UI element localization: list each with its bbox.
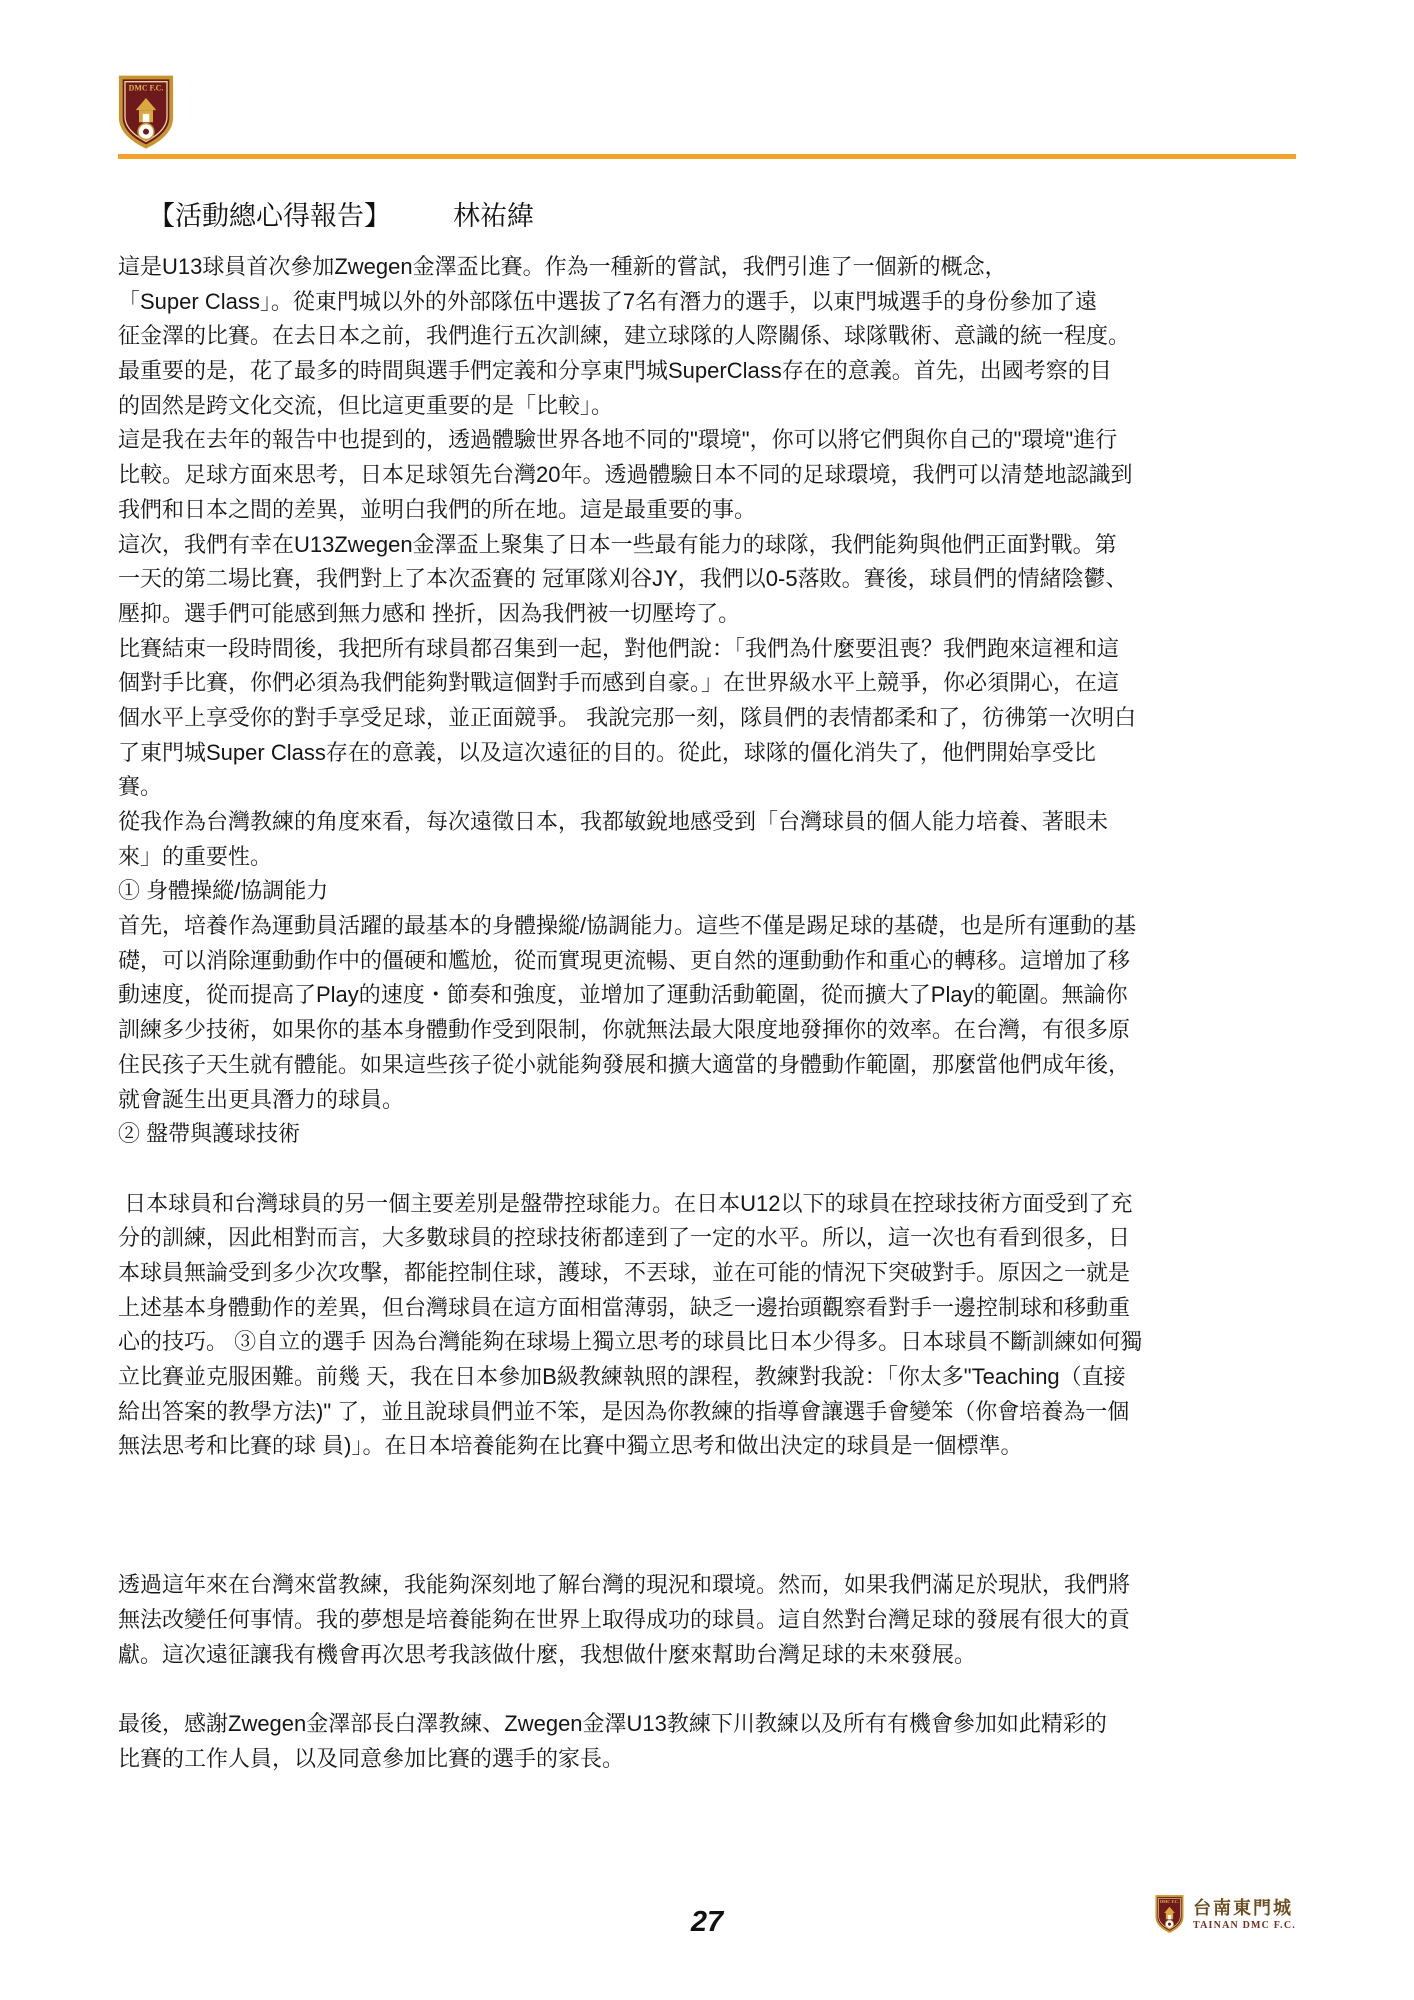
- body-line: 我們和日本之間的差異，並明白我們的所在地。這是最重要的事。: [118, 493, 1308, 528]
- title-row: 【活動總心得報告】林祐緯: [118, 163, 1296, 264]
- body-line: 上述基本身體動作的差異，但台灣球員在這方面相當薄弱，缺乏一邊抬頭觀察看對手一邊控…: [118, 1291, 1308, 1326]
- footer-brand: DMC F.C. 台南東門城 TAINAN DMC F.C.: [1155, 1894, 1296, 1934]
- club-crest-logo: DMC F.C.: [118, 73, 174, 151]
- shield-icon: DMC F.C.: [1155, 1894, 1184, 1934]
- body-line: 立比賽並克服困難。前幾 天，我在日本參加B級教練執照的課程，教練對我說：「你太多…: [118, 1360, 1308, 1395]
- body-line: 動速度，從而提高了Play的速度・節奏和強度，並增加了運動活動範圍，從而擴大了P…: [118, 978, 1308, 1013]
- body-line: 本球員無論受到多少次攻擊，都能控制住球，護球，不丟球，並在可能的情況下突破對手。…: [118, 1256, 1308, 1291]
- body-line: 的固然是跨文化交流，但比這更重要的是「比較」。: [118, 389, 1308, 424]
- body-line: 獻。這次遠征讓我有機會再次思考我該做什麼，我想做什麼來幫助台灣足球的未來發展。: [118, 1638, 1308, 1673]
- body-line: 這是U13球員首次參加Zwegen金澤盃比賽。作為一種新的嘗試，我們引進了一個新…: [118, 250, 1308, 285]
- body-line: 從我作為台灣教練的角度來看，每次遠徵日本，我都敏銳地感受到「台灣球員的個人能力培…: [118, 805, 1308, 840]
- body-line: [118, 1152, 1308, 1187]
- body-line: 比較。足球方面來思考，日本足球領先台灣20年。透過體驗日本不同的足球環境，我們可…: [118, 458, 1308, 493]
- brand-text: 台南東門城 TAINAN DMC F.C.: [1193, 1897, 1296, 1932]
- body-line: 無法改變任何事情。我的夢想是培養能夠在世界上取得成功的球員。這自然對台灣足球的發…: [118, 1603, 1308, 1638]
- header-divider: [118, 154, 1296, 159]
- club-name-en: TAINAN DMC F.C.: [1193, 1919, 1296, 1932]
- body-line: 分的訓練，因此相對而言，大多數球員的控球技術都達到了一定的水平。所以，這一次也有…: [118, 1221, 1308, 1256]
- body-line: 個水平上享受你的對手享受足球，並正面競爭。 我說完那一刻，隊員們的表情都柔和了，…: [118, 701, 1308, 736]
- body-line: 「Super Class」。從東門城以外的外部隊伍中選拔了7名有潛力的選手，以東…: [118, 285, 1308, 320]
- body-line: 比賽的工作人員，以及同意參加比賽的選手的家長。: [118, 1742, 1308, 1777]
- body-line: 礎，可以消除運動動作中的僵硬和尷尬，從而實現更流暢、更自然的運動動作和重心的轉移…: [118, 944, 1308, 979]
- body-line: 日本球員和台灣球員的另一個主要差別是盤帶控球能力。在日本U12以下的球員在控球技…: [118, 1187, 1308, 1222]
- shield-icon: DMC F.C.: [118, 73, 174, 151]
- body-line: 個對手比賽，你們必須為我們能夠對戰這個對手而感到自豪。」在世界級水平上競爭，你必…: [118, 666, 1308, 701]
- body-line: 比賽結束一段時間後，我把所有球員都召集到一起，對他們說：「我們為什麼要沮喪？我們…: [118, 632, 1308, 667]
- body-line: 最後，感謝Zwegen金澤部長白澤教練、Zwegen金澤U13教練下川教練以及所…: [118, 1707, 1308, 1742]
- page-title: 【活動總心得報告】: [148, 201, 391, 231]
- body-line: ② 盤帶與護球技術: [118, 1117, 1308, 1152]
- svg-text:DMC F.C.: DMC F.C.: [129, 84, 164, 93]
- body-line: 這次，我們有幸在U13Zwegen金澤盃上聚集了日本一些最有能力的球隊，我們能夠…: [118, 528, 1308, 563]
- body-line: 征金澤的比賽。在去日本之前，我們進行五次訓練，建立球隊的人際關係、球隊戰術、意識…: [118, 319, 1308, 354]
- body-line: 首先，培養作為運動員活躍的最基本的身體操縱/協調能力。這些不僅是踢足球的基礎，也…: [118, 909, 1308, 944]
- body-line: 來」的重要性。: [118, 840, 1308, 875]
- report-page: DMC F.C. 【活動總心得報告】林祐緯 這是U13球員首次參加Zwegen金…: [0, 0, 1414, 2000]
- body-line: 心的技巧。 ③自立的選手 因為台灣能夠在球場上獨立思考的球員比日本少得多。日本球…: [118, 1325, 1308, 1360]
- body-line: [118, 1533, 1308, 1568]
- body-line: 無法思考和比賽的球 員)」。在日本培養能夠在比賽中獨立思考和做出決定的球員是一個…: [118, 1429, 1308, 1464]
- report-body: 這是U13球員首次參加Zwegen金澤盃比賽。作為一種新的嘗試，我們引進了一個新…: [118, 250, 1308, 1776]
- body-line: 壓抑。選手們可能感到無力感和 挫折，因為我們被一切壓垮了。: [118, 597, 1308, 632]
- body-line: [118, 1499, 1308, 1534]
- body-line: 一天的第二場比賽，我們對上了本次盃賽的 冠軍隊刈谷JY，我們以0-5落敗。賽後，…: [118, 562, 1308, 597]
- body-line: 這是我在去年的報告中也提到的，透過體驗世界各地不同的"環境"，你可以將它們與你自…: [118, 423, 1308, 458]
- svg-text:DMC F.C.: DMC F.C.: [1160, 1899, 1179, 1904]
- body-line: ① 身體操縱/協調能力: [118, 874, 1308, 909]
- club-name-zh: 台南東門城: [1193, 1897, 1296, 1919]
- body-line: 賽。: [118, 770, 1308, 805]
- body-line: [118, 1464, 1308, 1499]
- author-name: 林祐緯: [453, 201, 534, 231]
- body-line: 住民孩子天生就有體能。如果這些孩子從小就能夠發展和擴大適當的身體動作範圍，那麼當…: [118, 1048, 1308, 1083]
- body-line: 透過這年來在台灣來當教練，我能夠深刻地了解台灣的現況和環境。然而，如果我們滿足於…: [118, 1568, 1308, 1603]
- body-line: 最重要的是，花了最多的時間與選手們定義和分享東門城SuperClass存在的意義…: [118, 354, 1308, 389]
- body-line: 了東門城Super Class存在的意義，以及這次遠征的目的。從此，球隊的僵化消…: [118, 736, 1308, 771]
- body-line: 就會誕生出更具潛力的球員。: [118, 1083, 1308, 1118]
- body-line: [118, 1672, 1308, 1707]
- body-line: 訓練多少技術，如果你的基本身體動作受到限制，你就無法最大限度地發揮你的效率。在台…: [118, 1013, 1308, 1048]
- body-line: 給出答案的教學方法)" 了，並且說球員們並不笨，是因為你教練的指導會讓選手會變笨…: [118, 1395, 1308, 1430]
